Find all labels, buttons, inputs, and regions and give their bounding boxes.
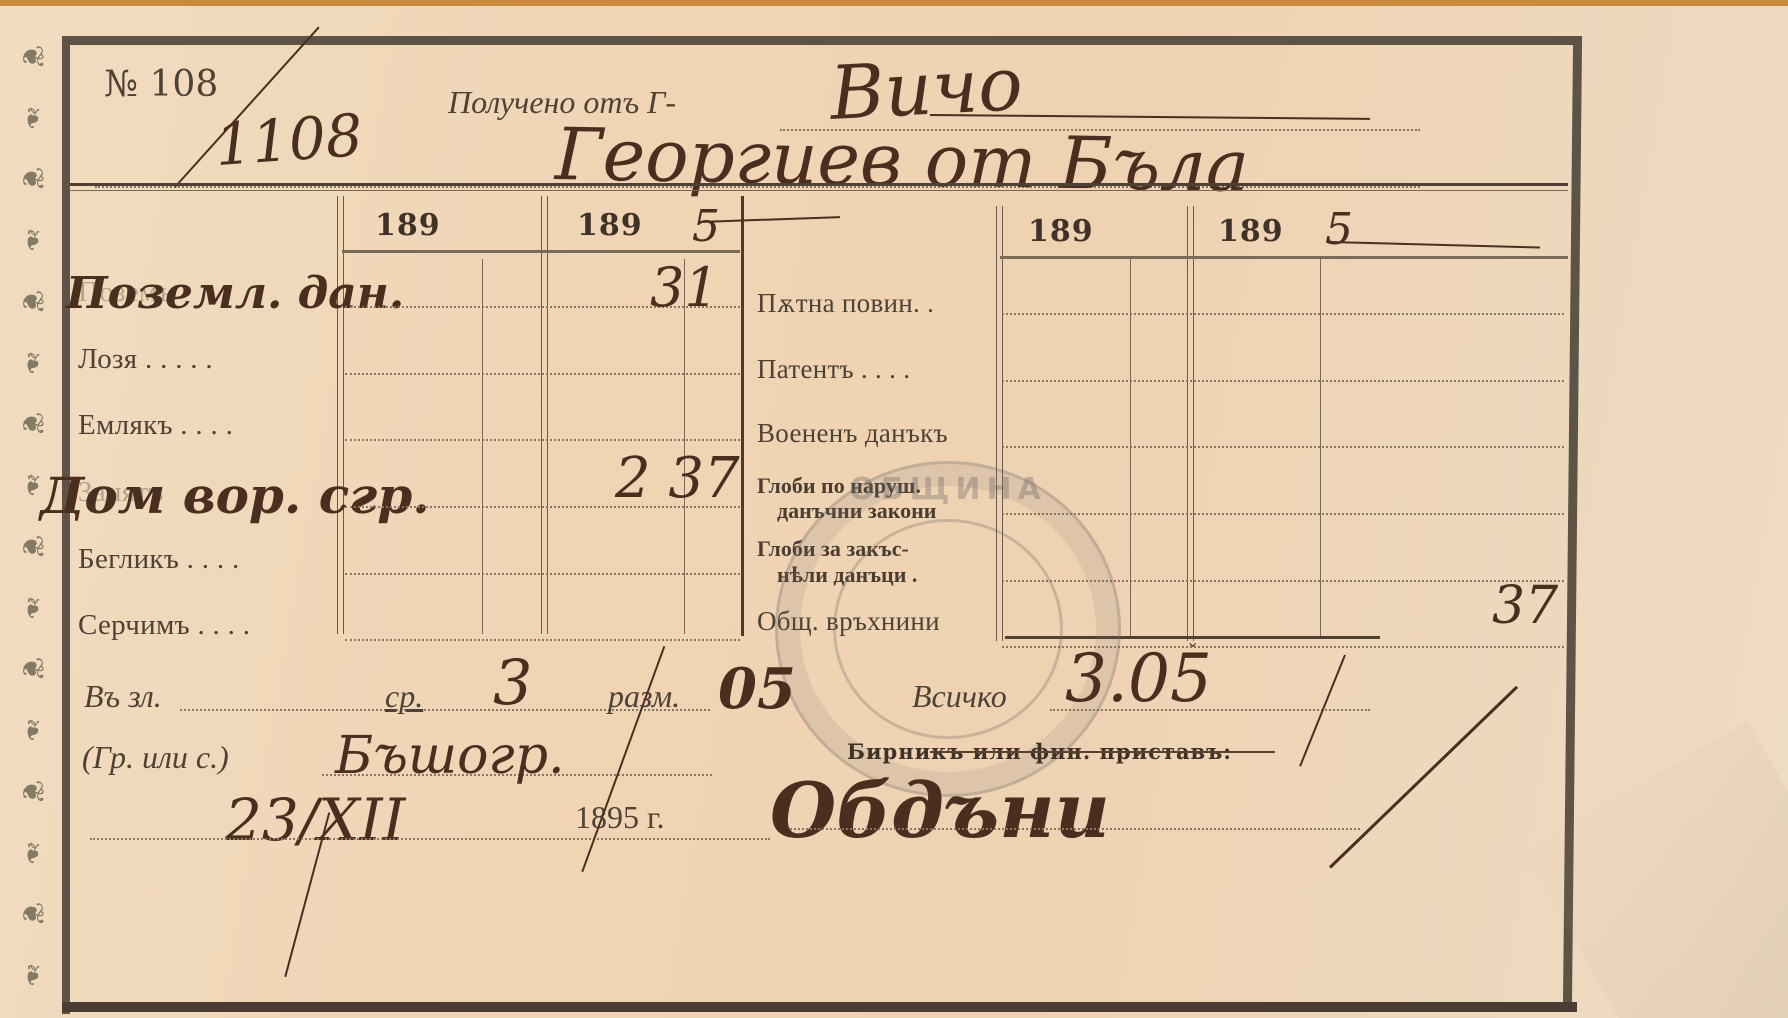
year-header-left-2: 189 [577, 208, 643, 243]
frame-left [62, 36, 70, 1014]
row-label-military-tax: Воененъ данъкъ [757, 418, 948, 449]
receipt-number: № 108 [104, 64, 218, 105]
row-label-road-duty: Пѫтна повин. . [757, 288, 934, 319]
signature-line [790, 828, 1360, 830]
collector-signature: Обдъни [770, 766, 1110, 855]
ornament-icon: ❦ [17, 44, 47, 69]
row-label-serchim: Серчимъ . . . . [78, 609, 250, 642]
total-value: 3.05 [1065, 640, 1212, 717]
value-occupation: 2 37 [615, 446, 740, 511]
col-divider [1320, 259, 1321, 639]
value-municipal-surcharge: 37 [1492, 576, 1558, 636]
year-header-right-1: 189 [1028, 214, 1094, 249]
ornament-icon: ❦ [17, 289, 47, 314]
year-printed: 1895 г. [575, 799, 665, 836]
year-suffix-left: 5 [692, 201, 720, 252]
ornament-icon: ❧ [17, 105, 47, 130]
year-header-rule [1000, 256, 1568, 259]
year-suffix-right: 5 [1325, 204, 1353, 255]
payer-surname: Георгиев от Бъла [554, 112, 1249, 208]
ink-stroke [1330, 241, 1540, 248]
row-rule [1002, 446, 1564, 448]
ink-stroke [700, 216, 840, 222]
date-line [90, 838, 770, 840]
strike-through [930, 751, 1275, 753]
row-label-emlyak: Емлякъ . . . . [78, 409, 233, 442]
row-rule [1002, 313, 1564, 315]
sr-value: 3 [493, 646, 532, 719]
sr-label: ср. [385, 678, 423, 715]
row-rule [1002, 513, 1564, 515]
ornament-icon: ❦ [17, 779, 47, 804]
ink-stroke [1329, 686, 1518, 869]
grosh-label: (Гр. или с.) [82, 739, 229, 776]
frame-top [62, 36, 1577, 45]
table-top-rule-2 [70, 190, 1568, 191]
ornament-icon: ❧ [17, 350, 47, 375]
ornament-icon: ❦ [17, 534, 47, 559]
ornament-icon: ❦ [17, 902, 47, 927]
ornament-icon: ❧ [17, 963, 47, 988]
razm-value: 05 [718, 656, 796, 722]
place-handwritten: Бъшогр. [335, 726, 565, 786]
ornament-icon: ❦ [17, 412, 47, 437]
ornament-icon: ❧ [17, 840, 47, 865]
row-rule [1002, 380, 1564, 382]
ornament-icon: ❦ [17, 167, 47, 192]
center-divider [741, 196, 744, 636]
table-top-rule [70, 183, 1568, 186]
in-gold-label: Въ зл. [84, 678, 162, 715]
row-label-beglik: Бегликъ . . . . [78, 543, 240, 576]
row-label-vineyards: Лозя . . . . . [78, 343, 213, 376]
date-handwritten: 23/XII [225, 786, 405, 854]
receipt-paper: ❦ ❧ ❦ ❧ ❦ ❧ ❦ ❧ ❦ ❧ ❦ ❧ ❦ ❧ ❦ ❧ № 108 По… [0, 6, 1788, 1018]
stamp-text: ОБЩИНА [778, 472, 1118, 507]
handwritten-row-label-land-tax: Поземл. дан. [66, 268, 404, 319]
handwritten-number: 1108 [213, 101, 365, 179]
col-divider [541, 196, 548, 634]
ornament-icon: ❧ [17, 595, 47, 620]
col-divider [1187, 206, 1194, 641]
frame-bottom [62, 1002, 1577, 1012]
ornament-icon: ❧ [17, 718, 47, 743]
row-rule [345, 639, 740, 641]
row-label-patent: Патентъ . . . . [757, 354, 910, 385]
col-divider [337, 196, 344, 634]
row-rule [345, 439, 740, 441]
year-header-left-1: 189 [375, 208, 441, 243]
col-divider [482, 259, 483, 634]
year-header-right-2: 189 [1218, 214, 1284, 249]
col-divider [1130, 259, 1131, 639]
handwritten-row-label-occupation: Дом вор. сгр. [40, 466, 430, 525]
value-land-tax: 31 [650, 256, 719, 319]
year-header-rule [342, 250, 740, 253]
ornament-icon: ❦ [17, 657, 47, 682]
ornament-icon: ❧ [17, 228, 47, 253]
total-label: Всичко [912, 678, 1007, 715]
row-rule [345, 373, 740, 375]
row-rule [345, 573, 740, 575]
